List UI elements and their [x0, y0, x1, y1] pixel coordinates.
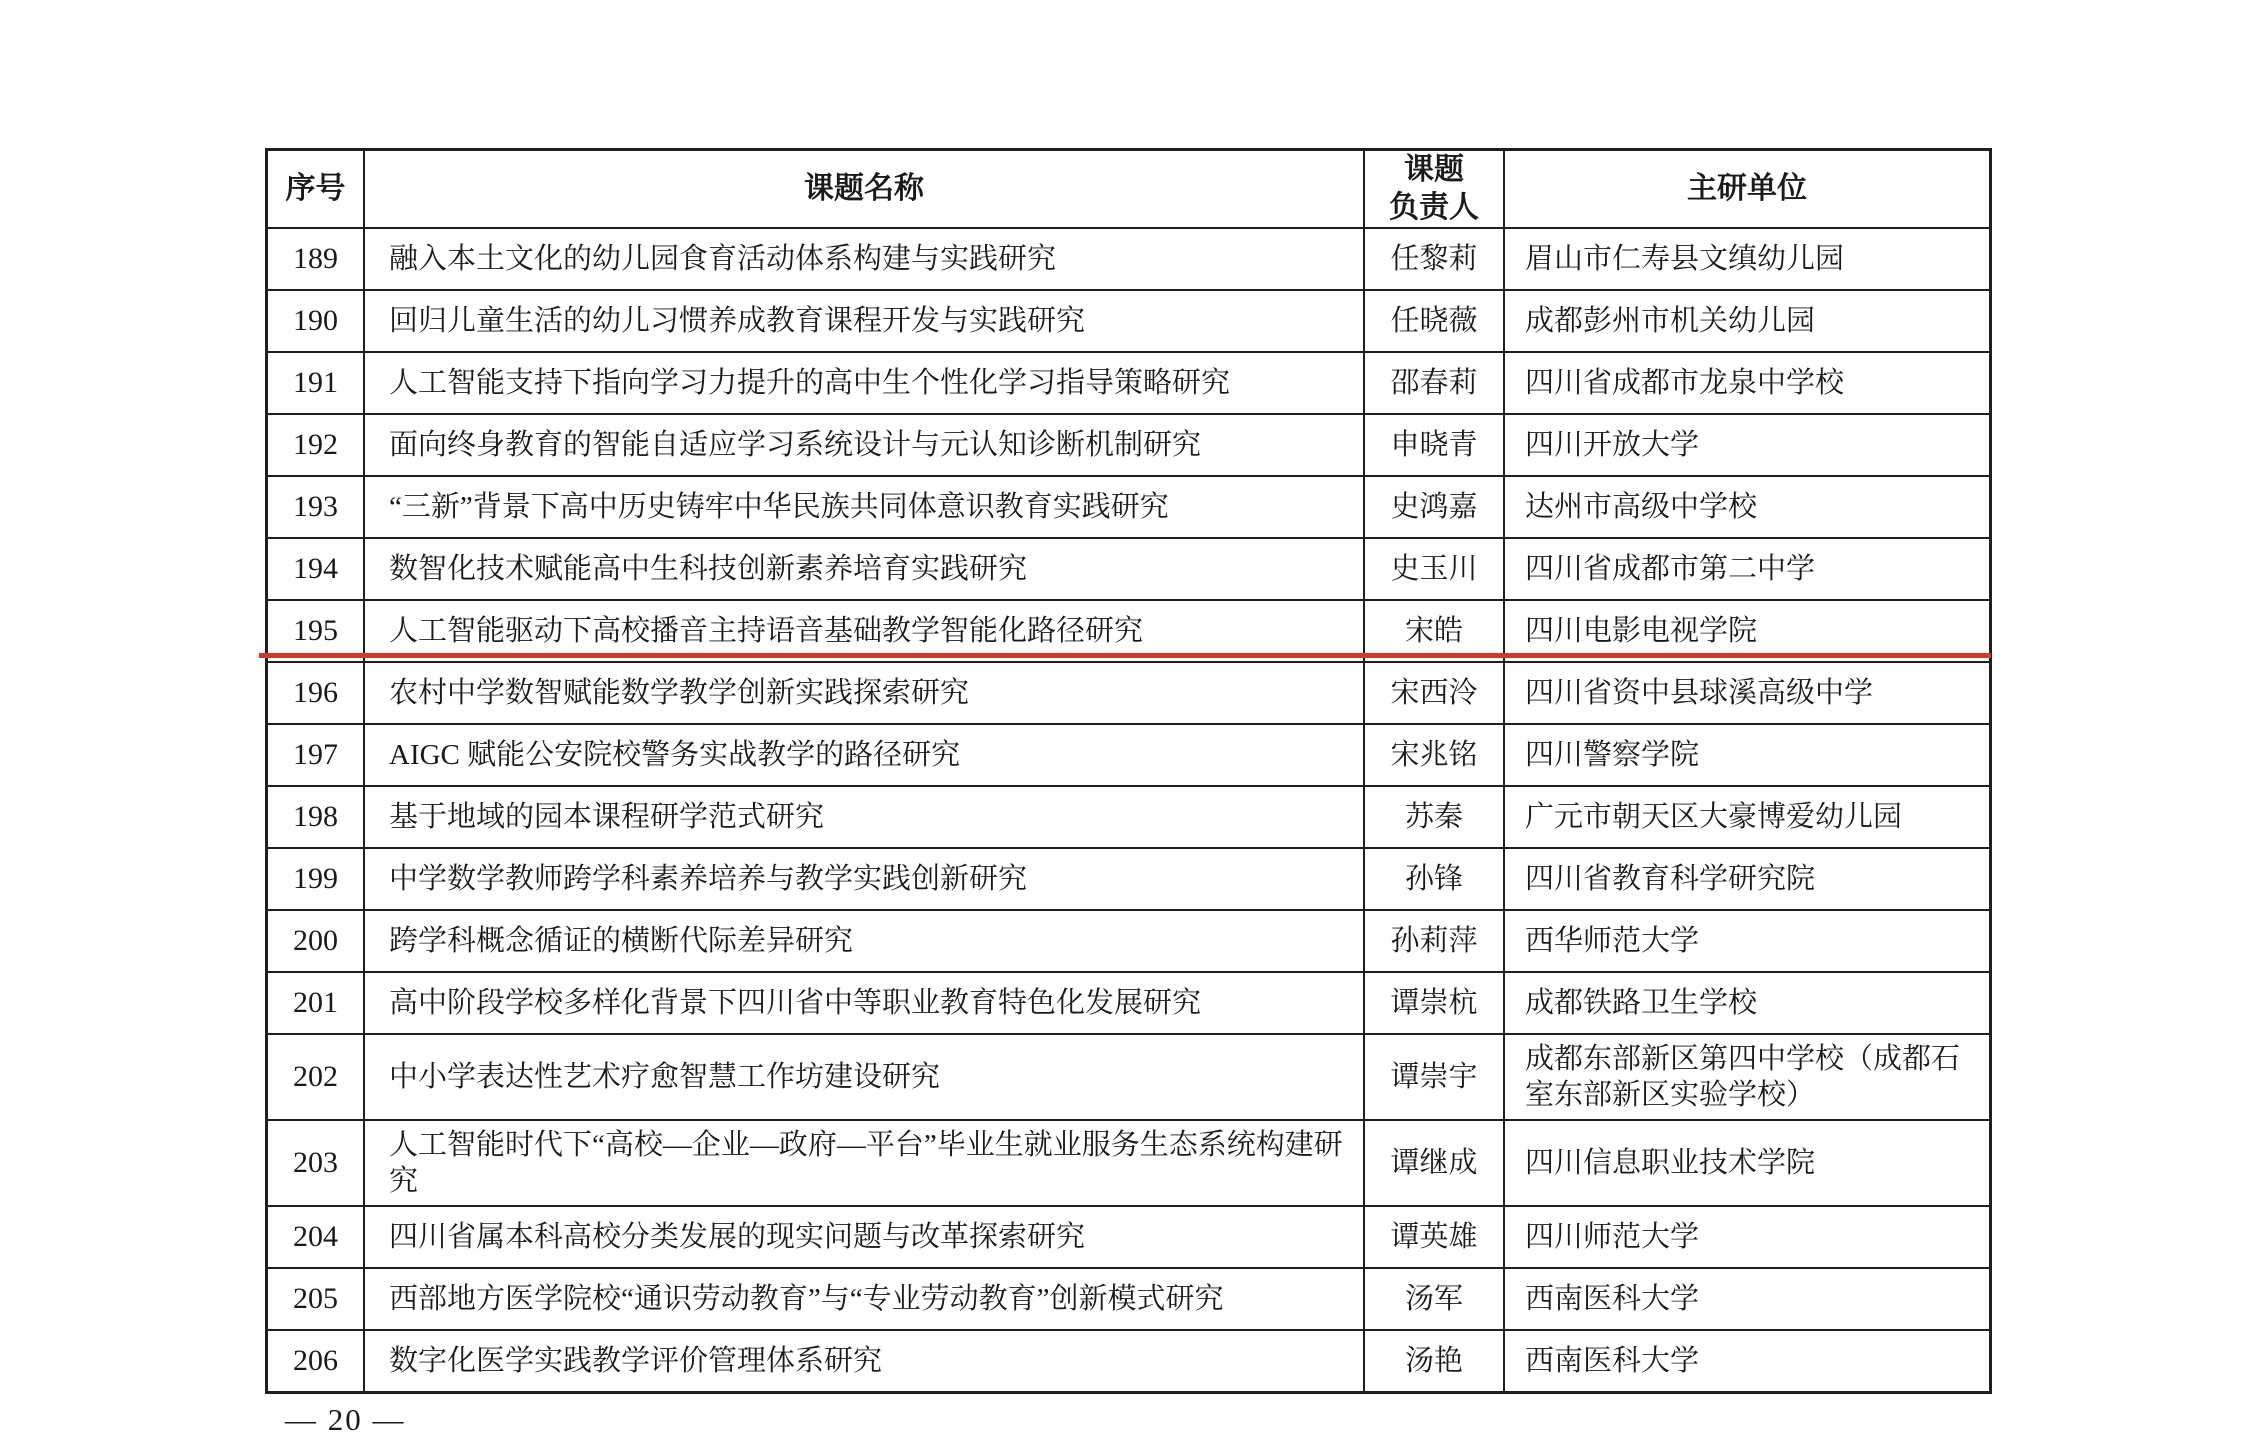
project-leader: 任晓薇: [1390, 303, 1477, 339]
project-title: 人工智能驱动下高校播音主持语音基础教学智能化路径研究: [389, 613, 1143, 649]
project-title: 数字化医学实践教学评价管理体系研究: [389, 1343, 882, 1379]
project-title: 人工智能支持下指向学习力提升的高中生个性化学习指导策略研究: [389, 365, 1230, 401]
cell-research-unit: 成都铁路卫生学校: [1503, 973, 1989, 1033]
project-leader: 史玉川: [1390, 551, 1477, 587]
page-number: — 20 —: [285, 1400, 406, 1440]
cell-project-title: 中小学表达性艺术疗愈智慧工作坊建设研究: [363, 1035, 1363, 1119]
project-title: 四川省属本科高校分类发展的现实问题与改革探索研究: [389, 1219, 1085, 1255]
cell-research-unit: 四川警察学院: [1503, 725, 1989, 785]
cell-project-title: 农村中学数智赋能数学教学创新实践探索研究: [363, 663, 1363, 723]
table-row: 195 人工智能驱动下高校播音主持语音基础教学智能化路径研究 宋皓 四川电影电视…: [268, 599, 1989, 661]
research-unit: 成都东部新区第四中学校（成都石室东部新区实验学校）: [1525, 1041, 1975, 1113]
project-title: 基于地域的园本课程研学范式研究: [389, 799, 824, 835]
project-leader: 谭英雄: [1390, 1219, 1477, 1255]
cell-research-unit: 成都东部新区第四中学校（成都石室东部新区实验学校）: [1503, 1035, 1989, 1119]
table-row: 191 人工智能支持下指向学习力提升的高中生个性化学习指导策略研究 邵春莉 四川…: [268, 351, 1989, 413]
table-row: 198 基于地域的园本课程研学范式研究 苏秦 广元市朝天区大豪博爱幼儿园: [268, 785, 1989, 847]
cell-index: 192: [268, 415, 363, 475]
cell-research-unit: 西南医科大学: [1503, 1331, 1989, 1391]
table-row: 201 高中阶段学校多样化背景下四川省中等职业教育特色化发展研究 谭崇杭 成都铁…: [268, 971, 1989, 1033]
cell-research-unit: 四川开放大学: [1503, 415, 1989, 475]
research-unit: 四川省教育科学研究院: [1525, 861, 1815, 897]
cell-research-unit: 广元市朝天区大豪博爱幼儿园: [1503, 787, 1989, 847]
cell-project-title: 高中阶段学校多样化背景下四川省中等职业教育特色化发展研究: [363, 973, 1363, 1033]
table-row: 199 中学数学教师跨学科素养培养与教学实践创新研究 孙锋 四川省教育科学研究院: [268, 847, 1989, 909]
cell-project-title: 基于地域的园本课程研学范式研究: [363, 787, 1363, 847]
row-index: 203: [293, 1145, 338, 1181]
project-title: “三新”背景下高中历史铸牢中华民族共同体意识教育实践研究: [389, 489, 1169, 525]
row-index: 204: [293, 1219, 338, 1255]
project-title: 回归儿童生活的幼儿习惯养成教育课程开发与实践研究: [389, 303, 1085, 339]
research-unit: 西南医科大学: [1525, 1343, 1699, 1379]
research-unit: 四川省成都市龙泉中学校: [1525, 365, 1844, 401]
project-leader: 汤军: [1405, 1281, 1463, 1317]
row-index: 192: [293, 427, 338, 463]
cell-index: 190: [268, 291, 363, 351]
project-leader: 宋西泠: [1390, 675, 1477, 711]
cell-research-unit: 四川师范大学: [1503, 1207, 1989, 1267]
project-title: 中小学表达性艺术疗愈智慧工作坊建设研究: [389, 1059, 940, 1095]
project-leader: 任黎莉: [1390, 241, 1477, 277]
header-leader-label: 课题 负责人: [1389, 151, 1479, 227]
table-row: 196 农村中学数智赋能数学教学创新实践探索研究 宋西泠 四川省资中县球溪高级中…: [268, 661, 1989, 723]
cell-index: 198: [268, 787, 363, 847]
project-leader: 苏秦: [1405, 799, 1463, 835]
cell-research-unit: 四川省成都市第二中学: [1503, 539, 1989, 599]
research-unit: 成都铁路卫生学校: [1525, 985, 1757, 1021]
red-underline: [259, 653, 1991, 658]
cell-project-title: 面向终身教育的智能自适应学习系统设计与元认知诊断机制研究: [363, 415, 1363, 475]
cell-project-leader: 苏秦: [1363, 787, 1503, 847]
project-title: 人工智能时代下“高校—企业—政府—平台”毕业生就业服务生态系统构建研究: [389, 1127, 1349, 1199]
project-title: 数智化技术赋能高中生科技创新素养培育实践研究: [389, 551, 1027, 587]
project-title: 面向终身教育的智能自适应学习系统设计与元认知诊断机制研究: [389, 427, 1201, 463]
cell-research-unit: 西华师范大学: [1503, 911, 1989, 971]
row-index: 191: [293, 365, 338, 401]
cell-index: 205: [268, 1269, 363, 1329]
row-index: 200: [293, 923, 338, 959]
cell-index: 199: [268, 849, 363, 909]
cell-research-unit: 成都彭州市机关幼儿园: [1503, 291, 1989, 351]
cell-research-unit: 四川省资中县球溪高级中学: [1503, 663, 1989, 723]
cell-project-leader: 汤艳: [1363, 1331, 1503, 1391]
cell-project-title: 西部地方医学院校“通识劳动教育”与“专业劳动教育”创新模式研究: [363, 1269, 1363, 1329]
cell-index: 202: [268, 1035, 363, 1119]
cell-project-title: 人工智能时代下“高校—企业—政府—平台”毕业生就业服务生态系统构建研究: [363, 1121, 1363, 1205]
header-title-label: 课题名称: [804, 170, 924, 208]
cell-project-title: 人工智能驱动下高校播音主持语音基础教学智能化路径研究: [363, 601, 1363, 661]
row-index: 201: [293, 985, 338, 1021]
header-unit-label: 主研单位: [1687, 170, 1807, 208]
cell-project-title: 人工智能支持下指向学习力提升的高中生个性化学习指导策略研究: [363, 353, 1363, 413]
project-title: 跨学科概念循证的横断代际差异研究: [389, 923, 853, 959]
header-cell-unit: 主研单位: [1503, 151, 1989, 227]
cell-research-unit: 西南医科大学: [1503, 1269, 1989, 1329]
project-leader: 谭崇宇: [1390, 1059, 1477, 1095]
cell-research-unit: 四川电影电视学院: [1503, 601, 1989, 661]
cell-index: 197: [268, 725, 363, 785]
research-unit: 广元市朝天区大豪博爱幼儿园: [1525, 799, 1902, 835]
header-cell-title: 课题名称: [363, 151, 1363, 227]
cell-index: 189: [268, 229, 363, 289]
research-unit: 四川省成都市第二中学: [1525, 551, 1815, 587]
research-unit: 四川警察学院: [1525, 737, 1699, 773]
document-page: { "colors": { "underline_red": "#d03a2e"…: [0, 0, 2244, 1445]
row-index: 199: [293, 861, 338, 897]
header-index-label: 序号: [286, 170, 346, 208]
table-body: 序号 课题名称 课题 负责人 主研单位 189 融入本土文化的幼儿园食育活动体系…: [265, 148, 1992, 1394]
project-leader: 孙锋: [1405, 861, 1463, 897]
row-index: 195: [293, 613, 338, 649]
research-unit: 四川电影电视学院: [1525, 613, 1757, 649]
project-leader: 宋皓: [1405, 613, 1463, 649]
research-unit: 四川省资中县球溪高级中学: [1525, 675, 1873, 711]
table-row: 202 中小学表达性艺术疗愈智慧工作坊建设研究 谭崇宇 成都东部新区第四中学校（…: [268, 1033, 1989, 1119]
cell-index: 203: [268, 1121, 363, 1205]
projects-table: 序号 课题名称 课题 负责人 主研单位 189 融入本土文化的幼儿园食育活动体系…: [265, 148, 1992, 1394]
row-index: 206: [293, 1343, 338, 1379]
cell-research-unit: 四川省教育科学研究院: [1503, 849, 1989, 909]
cell-research-unit: 四川信息职业技术学院: [1503, 1121, 1989, 1205]
cell-project-leader: 任黎莉: [1363, 229, 1503, 289]
research-unit: 四川开放大学: [1525, 427, 1699, 463]
cell-project-leader: 孙莉萍: [1363, 911, 1503, 971]
cell-index: 196: [268, 663, 363, 723]
cell-research-unit: 眉山市仁寿县文缜幼儿园: [1503, 229, 1989, 289]
cell-project-title: 数智化技术赋能高中生科技创新素养培育实践研究: [363, 539, 1363, 599]
cell-project-leader: 邵春莉: [1363, 353, 1503, 413]
row-index: 205: [293, 1281, 338, 1317]
project-leader: 谭继成: [1390, 1145, 1477, 1181]
cell-index: 200: [268, 911, 363, 971]
project-leader: 申晓青: [1390, 427, 1477, 463]
cell-project-leader: 任晓薇: [1363, 291, 1503, 351]
cell-project-leader: 谭崇杭: [1363, 973, 1503, 1033]
table-row: 189 融入本土文化的幼儿园食育活动体系构建与实践研究 任黎莉 眉山市仁寿县文缜…: [268, 227, 1989, 289]
project-title: 融入本土文化的幼儿园食育活动体系构建与实践研究: [389, 241, 1056, 277]
cell-project-leader: 史鸿嘉: [1363, 477, 1503, 537]
row-index: 202: [293, 1059, 338, 1095]
project-title: 西部地方医学院校“通识劳动教育”与“专业劳动教育”创新模式研究: [389, 1281, 1224, 1317]
cell-project-leader: 申晓青: [1363, 415, 1503, 475]
row-index: 190: [293, 303, 338, 339]
table-row: 192 面向终身教育的智能自适应学习系统设计与元认知诊断机制研究 申晓青 四川开…: [268, 413, 1989, 475]
project-leader: 汤艳: [1405, 1343, 1463, 1379]
cell-project-leader: 谭崇宇: [1363, 1035, 1503, 1119]
cell-project-leader: 宋兆铭: [1363, 725, 1503, 785]
table-row: 193 “三新”背景下高中历史铸牢中华民族共同体意识教育实践研究 史鸿嘉 达州市…: [268, 475, 1989, 537]
cell-project-leader: 史玉川: [1363, 539, 1503, 599]
row-index: 198: [293, 799, 338, 835]
table-row: 203 人工智能时代下“高校—企业—政府—平台”毕业生就业服务生态系统构建研究 …: [268, 1119, 1989, 1205]
project-title: AIGC 赋能公安院校警务实战教学的路径研究: [389, 737, 960, 773]
cell-research-unit: 达州市高级中学校: [1503, 477, 1989, 537]
cell-project-title: AIGC 赋能公安院校警务实战教学的路径研究: [363, 725, 1363, 785]
research-unit: 西华师范大学: [1525, 923, 1699, 959]
row-index: 194: [293, 551, 338, 587]
table-row: 190 回归儿童生活的幼儿习惯养成教育课程开发与实践研究 任晓薇 成都彭州市机关…: [268, 289, 1989, 351]
table-row: 194 数智化技术赋能高中生科技创新素养培育实践研究 史玉川 四川省成都市第二中…: [268, 537, 1989, 599]
cell-project-title: 融入本土文化的幼儿园食育活动体系构建与实践研究: [363, 229, 1363, 289]
project-title: 高中阶段学校多样化背景下四川省中等职业教育特色化发展研究: [389, 985, 1201, 1021]
table-row: 200 跨学科概念循证的横断代际差异研究 孙莉萍 西华师范大学: [268, 909, 1989, 971]
cell-index: 191: [268, 353, 363, 413]
cell-project-title: “三新”背景下高中历史铸牢中华民族共同体意识教育实践研究: [363, 477, 1363, 537]
table-row: 206 数字化医学实践教学评价管理体系研究 汤艳 西南医科大学: [268, 1329, 1989, 1391]
cell-project-title: 四川省属本科高校分类发展的现实问题与改革探索研究: [363, 1207, 1363, 1267]
header-cell-leader: 课题 负责人: [1363, 151, 1503, 227]
project-leader: 谭崇杭: [1390, 985, 1477, 1021]
cell-project-leader: 宋西泠: [1363, 663, 1503, 723]
cell-project-leader: 宋皓: [1363, 601, 1503, 661]
table-row: 197 AIGC 赋能公安院校警务实战教学的路径研究 宋兆铭 四川警察学院: [268, 723, 1989, 785]
project-title: 农村中学数智赋能数学教学创新实践探索研究: [389, 675, 969, 711]
cell-project-leader: 汤军: [1363, 1269, 1503, 1329]
research-unit: 达州市高级中学校: [1525, 489, 1757, 525]
row-index: 197: [293, 737, 338, 773]
cell-research-unit: 四川省成都市龙泉中学校: [1503, 353, 1989, 413]
research-unit: 成都彭州市机关幼儿园: [1525, 303, 1815, 339]
cell-project-title: 回归儿童生活的幼儿习惯养成教育课程开发与实践研究: [363, 291, 1363, 351]
cell-project-title: 跨学科概念循证的横断代际差异研究: [363, 911, 1363, 971]
row-index: 189: [293, 241, 338, 277]
cell-index: 206: [268, 1331, 363, 1391]
cell-index: 194: [268, 539, 363, 599]
project-leader: 邵春莉: [1390, 365, 1477, 401]
research-unit: 西南医科大学: [1525, 1281, 1699, 1317]
cell-index: 195: [268, 601, 363, 661]
project-title: 中学数学教师跨学科素养培养与教学实践创新研究: [389, 861, 1027, 897]
header-cell-index: 序号: [268, 151, 363, 227]
cell-index: 204: [268, 1207, 363, 1267]
table-header-row: 序号 课题名称 课题 负责人 主研单位: [268, 151, 1989, 227]
cell-project-leader: 谭英雄: [1363, 1207, 1503, 1267]
project-leader: 史鸿嘉: [1390, 489, 1477, 525]
project-leader: 孙莉萍: [1390, 923, 1477, 959]
research-unit: 四川信息职业技术学院: [1525, 1145, 1815, 1181]
cell-project-title: 中学数学教师跨学科素养培养与教学实践创新研究: [363, 849, 1363, 909]
row-index: 196: [293, 675, 338, 711]
table-row: 205 西部地方医学院校“通识劳动教育”与“专业劳动教育”创新模式研究 汤军 西…: [268, 1267, 1989, 1329]
cell-project-leader: 孙锋: [1363, 849, 1503, 909]
research-unit: 四川师范大学: [1525, 1219, 1699, 1255]
project-leader: 宋兆铭: [1390, 737, 1477, 773]
cell-project-title: 数字化医学实践教学评价管理体系研究: [363, 1331, 1363, 1391]
row-index: 193: [293, 489, 338, 525]
cell-index: 201: [268, 973, 363, 1033]
table-row: 204 四川省属本科高校分类发展的现实问题与改革探索研究 谭英雄 四川师范大学: [268, 1205, 1989, 1267]
research-unit: 眉山市仁寿县文缜幼儿园: [1525, 241, 1844, 277]
cell-index: 193: [268, 477, 363, 537]
cell-project-leader: 谭继成: [1363, 1121, 1503, 1205]
